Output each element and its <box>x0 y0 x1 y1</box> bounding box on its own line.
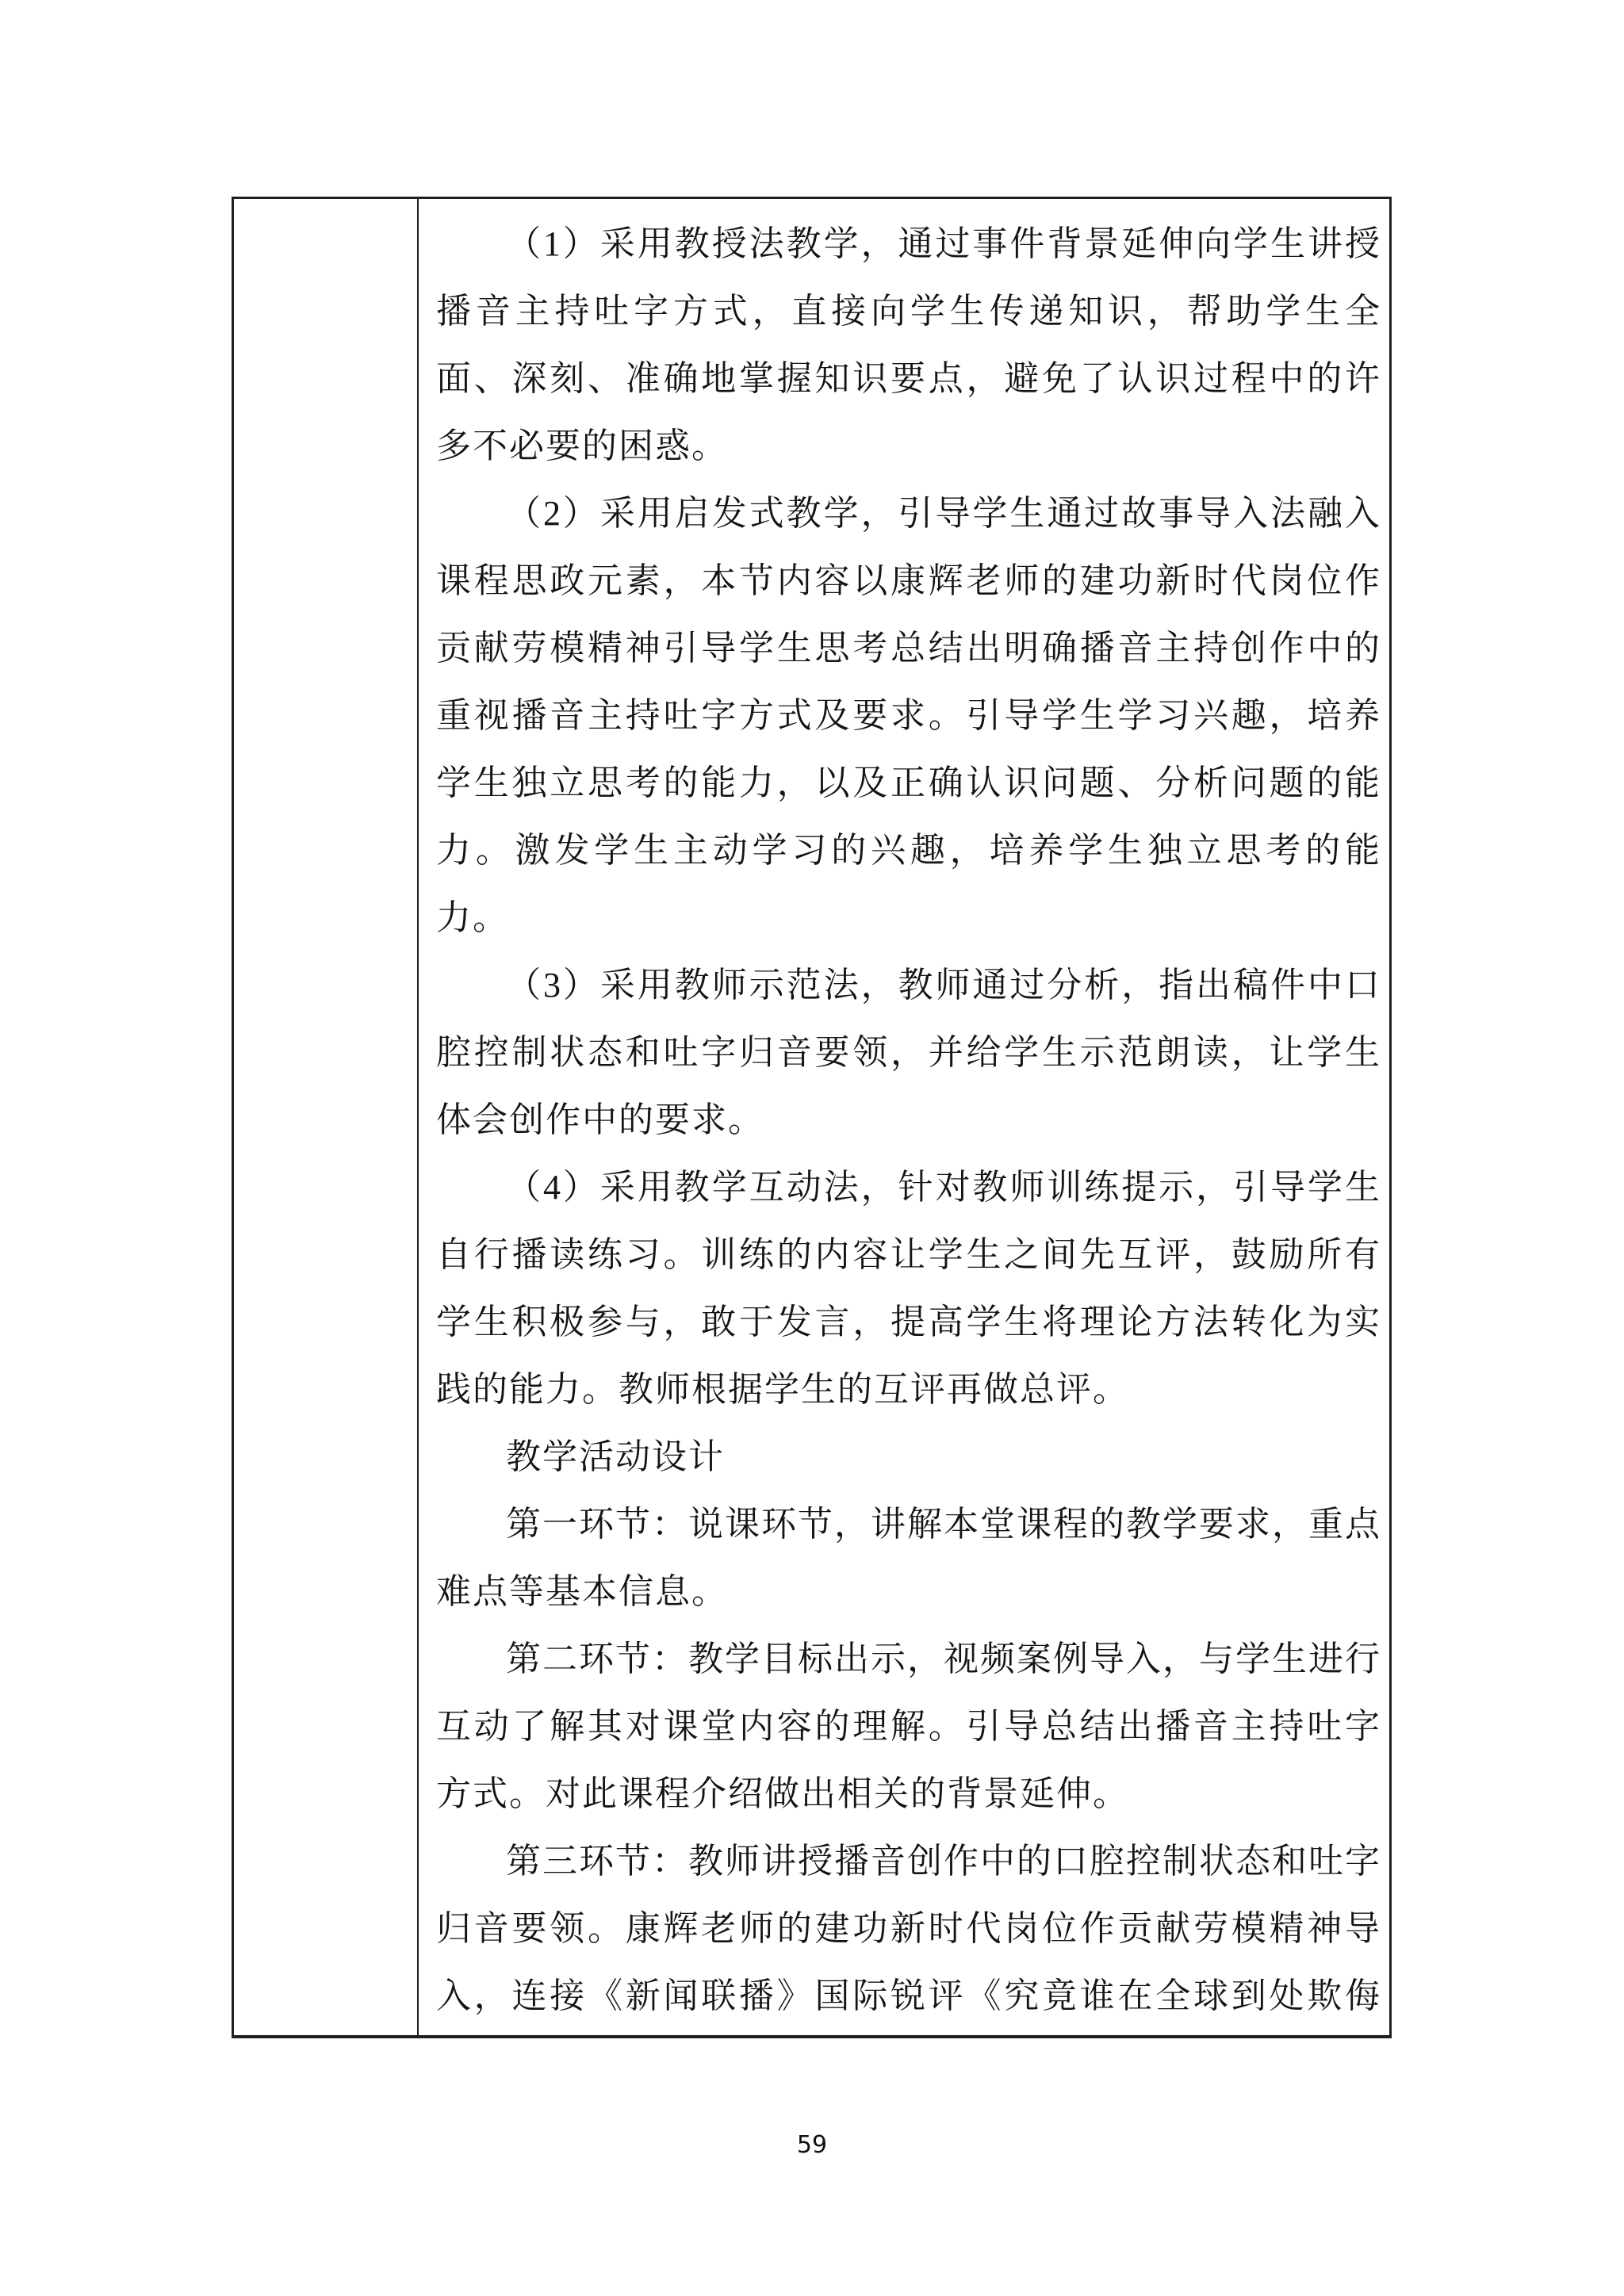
paragraph-stage-2: 第二环节：教学目标出示，视频案例导入，与学生进行互动了解其对课堂内容的理解。引导… <box>436 1625 1381 1827</box>
table-cell-content: （1）采用教授法教学，通过事件背景延伸向学生讲授播音主持吐字方式，直接向学生传递… <box>419 199 1389 2035</box>
paragraph-stage-3: 第三环节：教师讲授播音创作中的口腔控制状态和吐字归音要领。康辉老师的建功新时代岗… <box>436 1827 1381 2035</box>
paragraph-method-3: （3）采用教师示范法，教师通过分析，指出稿件中口腔控制状态和吐字归音要领，并给学… <box>436 951 1381 1154</box>
paragraph-method-4: （4）采用教学互动法，针对教师训练提示，引导学生自行播读练习。训练的内容让学生之… <box>436 1154 1381 1423</box>
content-table: （1）采用教授法教学，通过事件背景延伸向学生讲授播音主持吐字方式，直接向学生传递… <box>232 197 1392 2038</box>
paragraph-stage-1: 第一环节：说课环节，讲解本堂课程的教学要求，重点难点等基本信息。 <box>436 1490 1381 1625</box>
page-number: 59 <box>0 2131 1624 2159</box>
paragraph-method-1: （1）采用教授法教学，通过事件背景延伸向学生讲授播音主持吐字方式，直接向学生传递… <box>436 210 1381 480</box>
paragraph-activity-design-heading: 教学活动设计 <box>436 1423 1381 1490</box>
paragraph-method-2: （2）采用启发式教学，引导学生通过故事导入法融入课程思政元素，本节内容以康辉老师… <box>436 480 1381 951</box>
document-page: （1）采用教授法教学，通过事件背景延伸向学生讲授播音主持吐字方式，直接向学生传递… <box>0 0 1624 2296</box>
table-cell-label-empty <box>234 199 419 2035</box>
